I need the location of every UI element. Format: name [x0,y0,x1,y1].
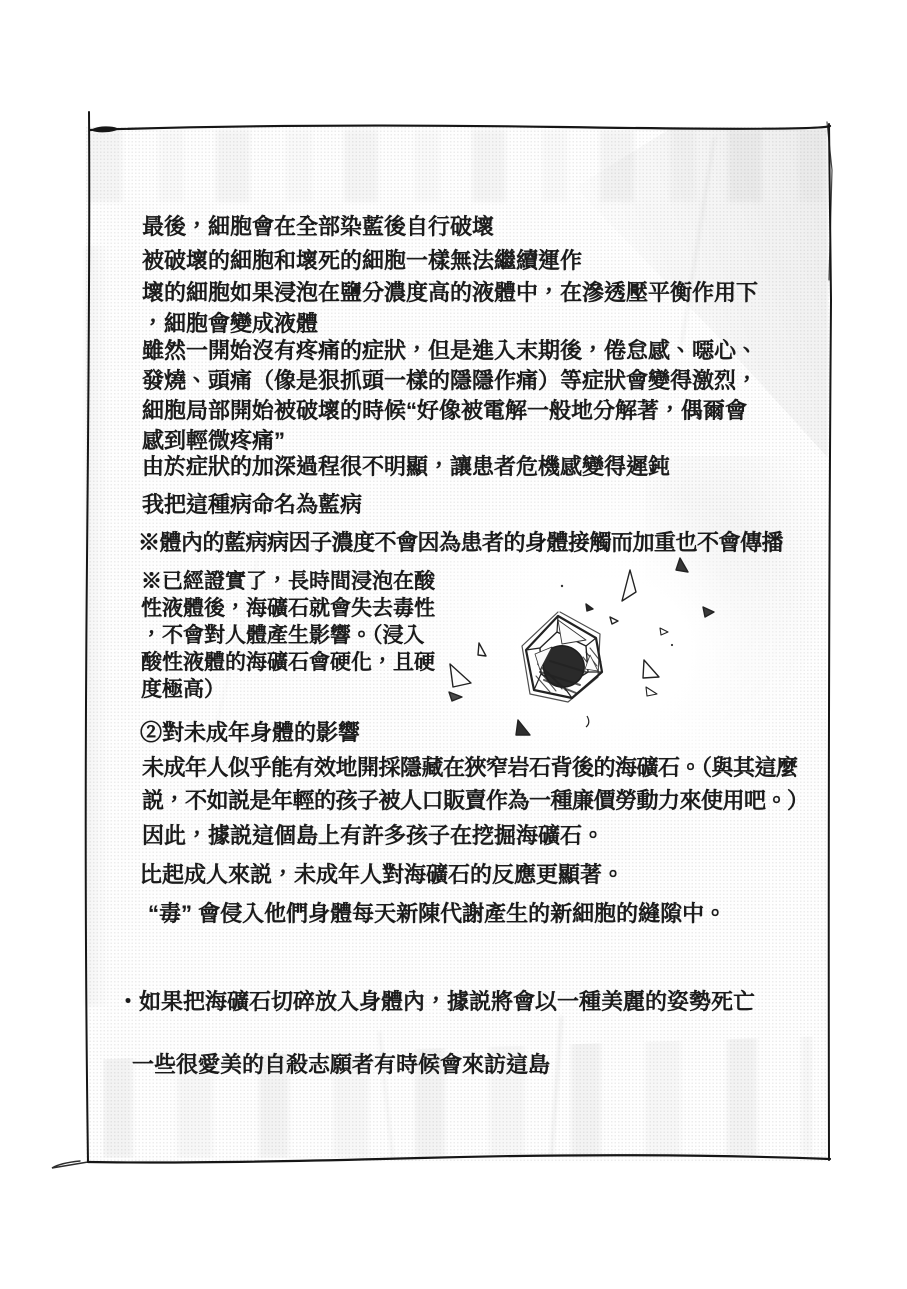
shattering-crystal-illustration [440,544,760,759]
text-line: 最後，細胞會在全部染藍後自行破壞 [142,211,494,242]
text-line: 性液體後，海礦石就會失去毒性 [141,595,435,622]
paper-crease-shading [88,130,826,202]
text-line: 細胞局部開始被破壞的時候“好像被電解一般地分解著，偶爾會 [142,396,758,426]
paragraph-minors-mining: 未成年人似乎能有效地開採隱藏在狹窄岩石背後的海礦石。（與其這麼 説，不如説是年輕… [142,751,809,817]
text-line: 度極高） [141,676,435,703]
paragraph-poison-invades-new-cells: “毒” 會侵入他們身體每天新陳代謝產生的新細胞的縫隙中。 [148,898,726,929]
text-line: 比起成人來説，未成年人對海礦石的反應更顯著。 [140,859,624,890]
text-line: 我把這種病命名為藍病 [142,489,362,520]
paragraph-osmotic-liquefaction: 壞的細胞如果浸泡在鹽分濃度高的液體中，在滲透壓平衡作用下 ，細胞會變成液體 [142,277,758,339]
paragraph-slow-progression: 由於症狀的加深過程很不明顯，讓患者危機感變得遲鈍 [142,451,670,482]
paragraph-suicide-visitors: 一些很愛美的自殺志願者有時候會來訪這島 [132,1049,550,1080]
text-line: 一些很愛美的自殺志願者有時候會來訪這島 [132,1049,550,1080]
text-line: 酸性液體的海礦石會硬化，且硬 [141,649,435,676]
text-line: 被破壞的細胞和壞死的細胞一樣無法繼續運作 [142,245,582,276]
paragraph-symptoms: 雖然一開始沒有疼痛的症狀，但是進入末期後，倦怠感、噁心、 發燒、頭痛（像是狠抓頭… [142,336,758,456]
paragraph-named-blue-disease: 我把這種病命名為藍病 [142,489,362,520]
text-line: 壞的細胞如果浸泡在鹽分濃度高的液體中，在滲透壓平衡作用下 [142,277,758,308]
paper-sheet: 最後，細胞會在全部染藍後自行破壞 被破壞的細胞和壞死的細胞一樣無法繼續運作 壞的… [85,126,830,1163]
text-line: ，不會對人體產生影響。（浸入 [141,622,435,649]
text-line: 雖然一開始沒有疼痛的症狀，但是進入末期後，倦怠感、噁心、 [142,336,758,366]
text-line: 由於症狀的加深過程很不明顯，讓患者危機感變得遲鈍 [142,451,670,482]
paper-crease-shading [103,1006,813,1158]
text-line: ，細胞會變成液體 [142,308,758,339]
note-acid-detoxification: ※已經證實了，長時間浸泡在酸 性液體後，海礦石就會失去毒性 ，不會對人體產生影響… [141,568,435,703]
crystal-shards [449,558,714,735]
bullet-beautiful-death: ・如果把海礦石切碎放入身體內，據説將會以一種美麗的姿勢死亡 [117,986,755,1017]
paragraph-cell-self-destruction: 最後，細胞會在全部染藍後自行破壞 [142,211,494,242]
crystal-sketch-icon [440,544,760,759]
scanned-document-canvas: 最後，細胞會在全部染藍後自行破壞 被破壞的細胞和壞死的細胞一樣無法繼續運作 壞的… [0,0,907,1289]
paragraph-minors-stronger-reaction: 比起成人來説，未成年人對海礦石的反應更顯著。 [140,859,624,890]
section-heading-effect-on-minors: ②對未成年身體的影響 [140,717,360,748]
paragraph-children-digging: 因此，據説這個島上有許多孩子在挖掘海礦石。 [142,820,604,851]
text-line: ・如果把海礦石切碎放入身體內，據説將會以一種美麗的姿勢死亡 [117,986,755,1017]
paper-crease-shading [85,246,111,1006]
text-line: 因此，據説這個島上有許多孩子在挖掘海礦石。 [142,820,604,851]
text-line: ※已經證實了，長時間浸泡在酸 [141,568,435,595]
paper-crease [550,1016,563,1156]
paragraph-destroyed-cells: 被破壞的細胞和壞死的細胞一樣無法繼續運作 [142,245,582,276]
text-line: 發燒、頭痛（像是狠抓頭一樣的隱隱作痛）等症狀會變得激烈， [142,366,758,396]
text-line: ②對未成年身體的影響 [140,717,360,748]
text-line: 説，不如説是年輕的孩子被人口販賣作為一種廉價勞動力來使用吧。） [142,784,809,817]
text-line: “毒” 會侵入他們身體每天新陳代謝產生的新細胞的縫隙中。 [148,898,726,929]
